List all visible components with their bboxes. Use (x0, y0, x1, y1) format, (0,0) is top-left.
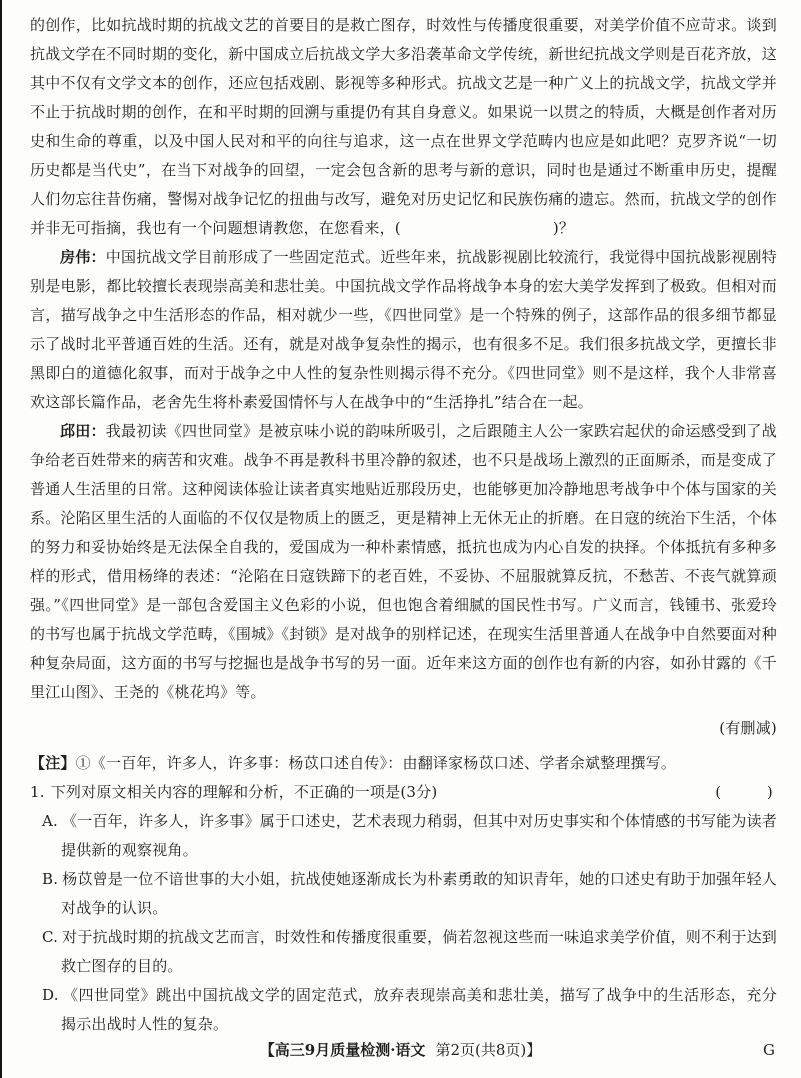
question-number: 1. (30, 783, 45, 801)
page-content: 的创作，比如抗战时期的抗战文艺的首要目的是救亡图存，时效性与传播度很重要，对美学… (30, 11, 777, 1039)
exam-paper-page: 的创作，比如抗战时期的抗战文艺的首要目的是救亡图存，时效性与传播度很重要，对美学… (0, 0, 801, 1078)
passage-intro-paragraph: 的创作，比如抗战时期的抗战文艺的首要目的是救亡图存，时效性与传播度很重要，对美学… (30, 11, 777, 243)
option-text: 《一百年，许多人，许多事》属于口述史，艺术表现力稍弱，但其中对历史事实和个体情感… (61, 812, 777, 859)
dialog-paragraph-fangwei: 房伟：中国抗战文学目前形成了一些固定范式。近些年来，抗战影视剧比较流行，我觉得中… (30, 243, 777, 417)
dialog-text: 中国抗战文学目前形成了一些固定范式。近些年来，抗战影视剧比较流行，我觉得中国抗战… (30, 248, 777, 411)
option-text: 对于抗战时期的抗战文艺而言，时效性和传播度很重要，倘若忽视这些而一味追求美学价值… (61, 928, 777, 975)
question-1-stem-line: 1.下列对原文相关内容的理解和分析，不正确的一项是(3分) ( ) (30, 778, 777, 807)
option-label: A. (42, 812, 58, 830)
option-d: D.《四世同堂》跳出中国抗战文学的固定范式，放弃表现崇高美和悲壮美，描写了战争中… (30, 981, 777, 1039)
option-a: A.《一百年，许多人，许多事》属于口述史，艺术表现力稍弱，但其中对历史事实和个体… (30, 807, 777, 865)
answer-bracket: ( ) (715, 778, 773, 807)
footer-title: 【高三9月质量检测·语文 (260, 1041, 426, 1059)
attribution-note: (有删减) (30, 714, 777, 743)
page-footer: 【高三9月质量检测·语文第2页(共8页)】 G (0, 1036, 801, 1065)
option-text: 《四世同堂》跳出中国抗战文学的固定范式，放弃表现崇高美和悲壮美，描写了战争中的生… (61, 986, 777, 1033)
scan-edge-line (0, 0, 2, 1078)
option-label: C. (42, 928, 58, 946)
footnote-text: ①《一百年，许多人，许多事：杨苡口述自传》：由翻译家杨苡口述、学者余斌整理撰写。 (76, 754, 677, 772)
footer-page-info: 第2页(共8页)】 (435, 1041, 541, 1059)
dialog-paragraph-qiutian: 邱田：我最初读《四世同堂》是被京味小说的韵味所吸引，之后跟随主人公一家跌宕起伏的… (30, 417, 777, 707)
option-label: D. (42, 986, 59, 1004)
option-text: 杨苡曾是一位不谙世事的大小姐，抗战使她逐渐成长为朴素勇敢的知识青年，她的口述史有… (61, 870, 777, 917)
option-label: B. (42, 870, 58, 888)
footnote-marker: 【注】 (30, 754, 76, 772)
question-stem: 下列对原文相关内容的理解和分析，不正确的一项是(3分) (51, 783, 438, 801)
footnote: 【注】①《一百年，许多人，许多事：杨苡口述自传》：由翻译家杨苡口述、学者余斌整理… (30, 749, 777, 778)
option-b: B.杨苡曾是一位不谙世事的大小姐，抗战使她逐渐成长为朴素勇敢的知识青年，她的口述… (30, 865, 777, 923)
speaker-name: 邱田： (60, 422, 106, 440)
option-c: C.对于抗战时期的抗战文艺而言，时效性和传播度很重要，倘若忽视这些而一味追求美学… (30, 923, 777, 981)
speaker-name: 房伟： (60, 248, 106, 266)
footer-corner-letter: G (763, 1036, 775, 1065)
dialog-text: 我最初读《四世同堂》是被京味小说的韵味所吸引，之后跟随主人公一家跌宕起伏的命运感… (30, 422, 777, 701)
